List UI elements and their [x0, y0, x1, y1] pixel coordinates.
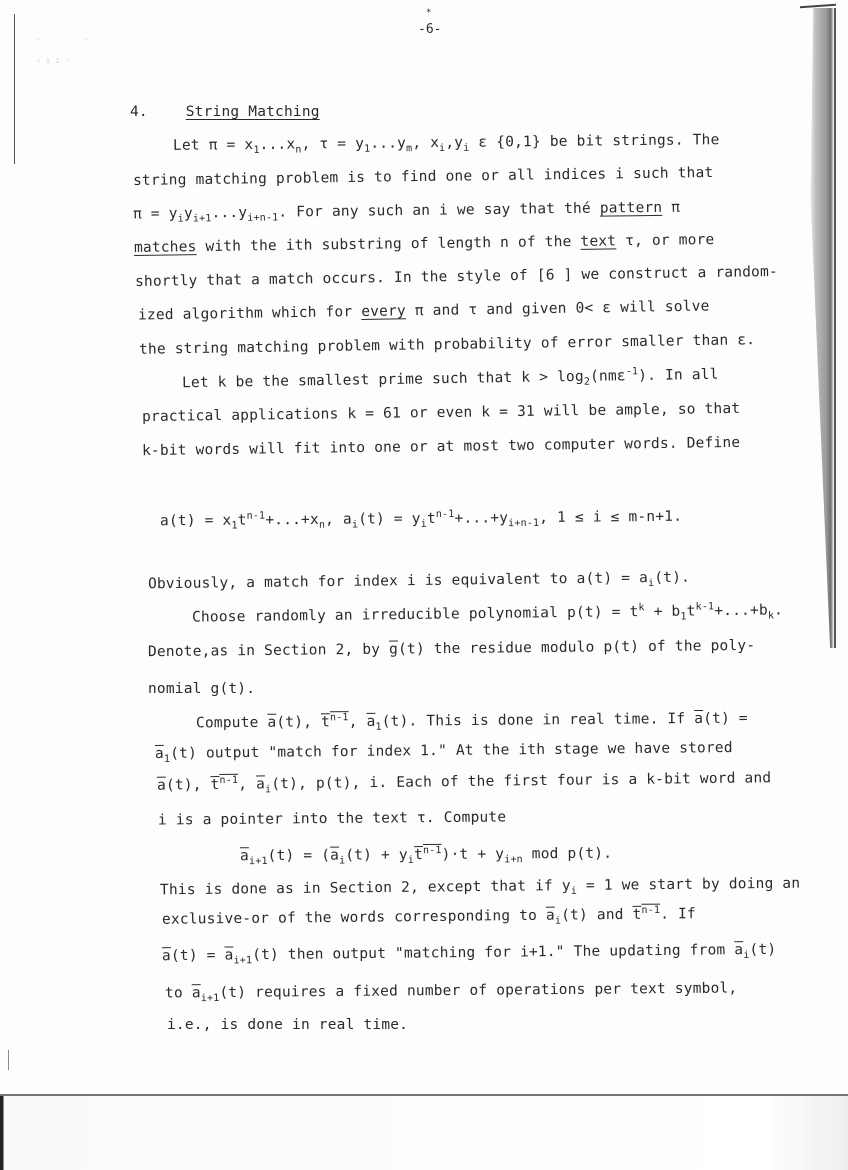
text-run: t — [414, 847, 423, 863]
paragraph-line: a(t), tn-1, ai(t), p(t), i. Each of the … — [157, 769, 772, 795]
superscript: n-1 — [330, 712, 349, 723]
text-run: ...x — [260, 137, 296, 153]
subscript: i+1 — [233, 955, 252, 966]
superscript: k-1 — [696, 601, 715, 612]
text-run: a — [157, 778, 166, 794]
scan-background — [0, 1096, 848, 1170]
text-run: a — [240, 848, 249, 864]
text-run: ...y — [370, 135, 406, 151]
scan-speck: · — [36, 35, 41, 44]
text-run: ...y — [211, 205, 247, 221]
paragraph-line: matches with the ith substring of length… — [134, 231, 715, 257]
text-run: a — [546, 908, 555, 924]
equation-update: ai+1(t) = (ai(t) + yitn-1)·t + yi+n mod … — [240, 845, 612, 866]
equation-polynomials: a(t) = x1tn-1+...+xn, ai(t) = yitn-1+...… — [160, 508, 682, 531]
subscript: i+n — [504, 854, 523, 865]
text-run: Let π = x — [173, 137, 254, 154]
text-run: (t) + y — [345, 847, 408, 863]
paragraph-line: string matching problem is to find one o… — [133, 164, 714, 190]
text-run: a — [694, 711, 703, 727]
text-run: with the ith substring of length n of th… — [196, 234, 580, 255]
text-run: ε {0,1} be bit strings. The — [469, 132, 719, 151]
text-run: +...+x — [265, 512, 319, 528]
paragraph-line: Compute a(t), tn-1, a1(t). This is done … — [196, 710, 748, 733]
text-run: tn-1 — [321, 714, 349, 730]
text-run: (t) = y — [358, 511, 421, 528]
paragraph-line: to ai+1(t) requires a fixed number of op… — [165, 980, 737, 1003]
paragraph-line: Let π = x1...xn, τ = y1...ym, xi,yi ε {0… — [173, 131, 720, 155]
text-run: tn-1 — [414, 847, 442, 863]
text-run: Let k be the smallest prime such that k … — [182, 369, 584, 391]
text-run: (t) = — [703, 711, 748, 727]
text-run: (t) = — [171, 948, 225, 965]
subscript: i+n-1 — [247, 212, 278, 223]
superscript: n-1 — [423, 845, 442, 856]
text-run: (t) = ( — [268, 848, 331, 864]
text-run: Obviously, a match for index i is equiva… — [148, 570, 648, 592]
paragraph-line: Denote,as in Section 2, by g(t) the resi… — [148, 637, 755, 661]
paragraph-line: ized algorithm which for every π and τ a… — [138, 298, 710, 325]
superscript: -1 — [626, 366, 639, 377]
paragraph-line: shortly that a match occurs. In the styl… — [135, 263, 778, 291]
text-run: , — [349, 714, 367, 730]
text-run: a — [192, 985, 201, 1001]
text-run: y — [184, 206, 193, 222]
text-run: π and τ and given 0< ε will solve — [406, 299, 710, 320]
text-run: g — [389, 642, 398, 658]
subscript: i+n-1 — [508, 518, 539, 529]
text-run: (t) then output "matching for i+1." The … — [252, 942, 734, 963]
paragraph-line: k-bit words will fit into one or at most… — [142, 434, 740, 460]
text-run: ,y — [445, 135, 463, 151]
text-run: )·t + y — [442, 846, 505, 862]
text-run: a — [256, 776, 265, 792]
section-heading: 4. String Matching — [130, 103, 320, 121]
text-run: a — [162, 948, 171, 964]
text-run: = 1 we start by doing an — [577, 876, 800, 894]
text-run: mod p(t). — [523, 846, 612, 863]
paragraph-line: Let k be the smallest prime such that k … — [182, 366, 719, 392]
text-run: (t) — [749, 942, 776, 958]
text-run: τ, or more — [616, 232, 714, 249]
text-run: ized algorithm which for — [138, 304, 361, 324]
paragraph-line: i is a pointer into the text τ. Compute — [158, 808, 506, 829]
term-matches: matches — [134, 239, 197, 256]
term-pattern: pattern — [600, 200, 663, 217]
text-run: to — [165, 985, 192, 1001]
text-run: , 1 ≤ i ≤ m-n+1. — [539, 509, 682, 526]
text-run: a — [155, 746, 164, 762]
scan-right-edge-line — [834, 8, 836, 648]
paragraph-line: the string matching problem with probabi… — [139, 331, 755, 359]
scan-speck: ‹ ı ı · — [36, 56, 70, 65]
text-run: +...+b — [714, 603, 768, 620]
paragraph-line: a(t) = ai+1(t) then output "matching for… — [162, 941, 776, 965]
text-run: ). In all — [638, 367, 719, 384]
text-run: (t) the residue modulo p(t) of the poly- — [398, 638, 755, 658]
scan-speck: · — [84, 35, 89, 44]
text-run: tn-1 — [633, 907, 661, 923]
superscript: n-1 — [219, 775, 238, 786]
text-run: π — [662, 200, 680, 216]
subscript: i+1 — [201, 993, 220, 1004]
paragraph-line: Choose randomly an irreducible polynomia… — [192, 601, 783, 626]
paragraph-line: This is done as in Section 2, except tha… — [160, 875, 800, 900]
text-run: a — [734, 942, 743, 958]
paragraph-line: a1(t) output "match for index 1." At the… — [155, 739, 733, 763]
text-run: . If — [660, 906, 696, 922]
text-run: t — [211, 777, 220, 793]
text-run: +...+y — [454, 510, 508, 526]
text-run: + b — [645, 604, 681, 620]
text-run: (t). This is done in real time. If — [382, 711, 695, 730]
text-run: , x — [412, 135, 439, 151]
text-run: , a — [325, 512, 352, 528]
text-run: . — [774, 602, 783, 618]
superscript: n-1 — [247, 511, 266, 522]
text-run: , — [238, 777, 256, 793]
text-run: . For any such an i we say that thé — [278, 201, 600, 221]
text-run: Denote,as in Section 2, by — [148, 642, 389, 661]
paragraph-line: π = yiyi+1...yi+n-1. For any such an i w… — [133, 199, 680, 224]
subscript: i+1 — [249, 856, 268, 867]
subscript: i+1 — [193, 213, 212, 224]
scanned-page: · · ‹ ı ı · * -6- 4. String Matching Let… — [0, 0, 848, 1095]
scan-right-edge-shadow — [808, 8, 834, 648]
text-run: π = y — [133, 206, 178, 223]
term-every: every — [361, 303, 406, 320]
superscript: n-1 — [641, 905, 660, 916]
text-run: (t) output "match for index 1." At the i… — [170, 740, 733, 762]
paragraph-line: i.e., is done in real time. — [167, 1016, 408, 1034]
text-run: (t), p(t), i. Each of the first four is … — [271, 770, 771, 792]
paragraph-line: exclusive-or of the words corresponding … — [162, 905, 696, 929]
text-run: tn-1 — [211, 777, 239, 793]
text-run: t — [633, 907, 642, 923]
text-run: (t). — [654, 570, 690, 586]
text-run: Compute — [196, 715, 268, 732]
text-run: (t), — [276, 714, 321, 730]
term-text: text — [580, 233, 616, 249]
text-run: (t) requires a fixed number of operation… — [219, 981, 737, 1002]
text-run: (t), — [166, 777, 211, 794]
page-number: -6- — [418, 22, 441, 37]
superscript: n-1 — [436, 509, 455, 520]
paragraph-line: Obviously, a match for index i is equiva… — [148, 569, 690, 594]
text-run: exclusive-or of the words corresponding … — [162, 908, 546, 928]
scan-edge-mark — [800, 4, 836, 9]
text-run: t — [238, 513, 247, 529]
text-run: t — [427, 511, 436, 527]
text-run: This is done as in Section 2, except tha… — [160, 878, 571, 898]
text-run: a(t) = x — [160, 513, 232, 530]
text-run: (nmε — [590, 368, 626, 385]
text-run: t — [321, 714, 330, 730]
section-number: 4. — [130, 104, 148, 120]
scan-left-edge-mark — [8, 1050, 9, 1070]
text-run: t — [687, 603, 696, 619]
text-run: a — [330, 848, 339, 864]
scan-left-edge — [14, 14, 15, 164]
text-run: (t) and — [561, 907, 633, 924]
text-run: , τ = y — [302, 136, 365, 153]
section-title: String Matching — [186, 104, 320, 120]
paragraph-line: nomial g(t). — [148, 680, 255, 698]
paragraph-line: practical applications k = 61 or even k … — [142, 400, 740, 426]
text-run: Choose randomly an irreducible polynomia… — [192, 604, 639, 625]
page-mark: * — [426, 8, 431, 18]
